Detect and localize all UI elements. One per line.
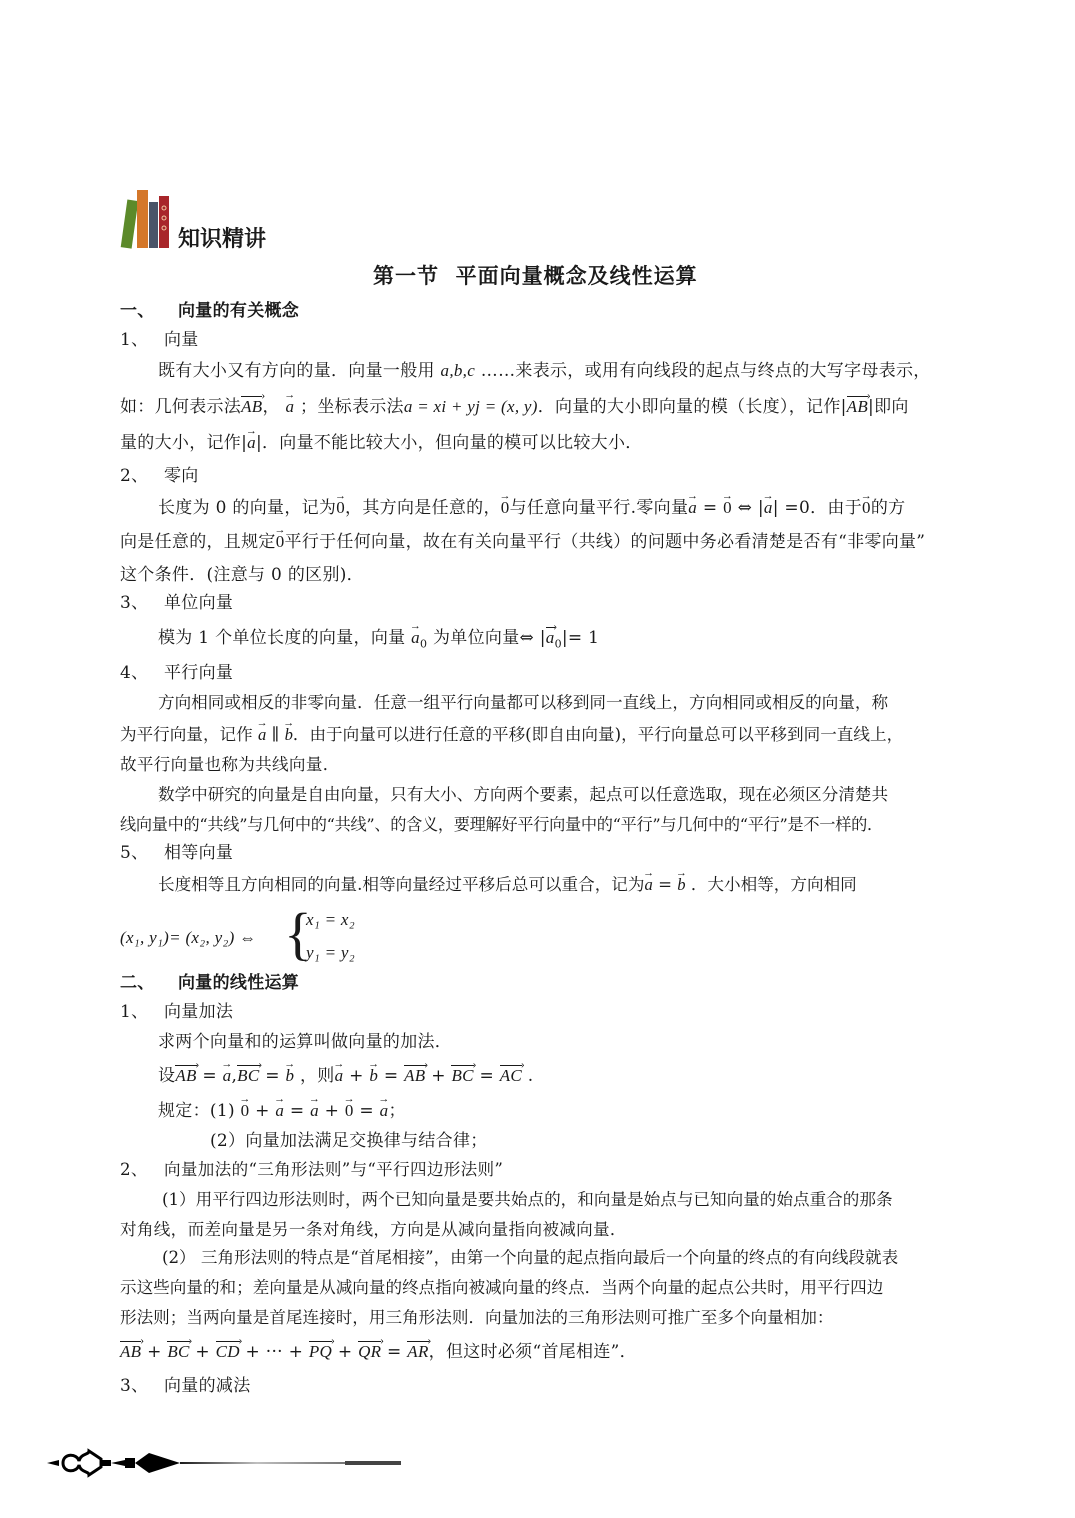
formula-line: AB + BC + CD + ··· + PQ + QR = AR，但这时必须“…	[120, 1340, 637, 1364]
banner-label: 知识精讲	[178, 222, 266, 253]
item-heading: 2、零向	[120, 464, 199, 488]
item-heading: 1、向量	[120, 328, 199, 352]
paragraph-line: 模为 1 个单位长度的向量，向量 a0 为单位向量⇔ |a0|= 1	[158, 626, 599, 656]
item-heading: 5、相等向量	[120, 841, 233, 865]
paragraph-line: 数学中研究的向量是自由向量，只有大小、方向两个要素，起点可以任意选取，现在必须区…	[158, 783, 888, 807]
paragraph-line: 这个条件．(注意与 0 的区别)．	[120, 563, 364, 587]
item-heading: 3、单位向量	[120, 591, 233, 615]
section-heading-2: 二、向量的线性运算	[120, 971, 299, 995]
rule-line: 规定：(1) 0 + a = a + 0 = a；	[158, 1099, 406, 1123]
decorative-divider-icon	[45, 1443, 415, 1483]
paragraph-line: 形法则；当两向量是首尾连接时，用三角形法则．向量加法的三角形法则可推广至多个向量…	[120, 1306, 834, 1330]
equation-line-1: x₁ = x₂	[306, 908, 355, 932]
equation-lhs: (x₁, y₁)= (x₂, y₂) ⇔	[120, 926, 256, 950]
formula-line: 设AB = a,BC = b ，则a + b = AB + BC = AC .	[158, 1064, 533, 1088]
paragraph-line: 求两个向量和的运算叫做向量的加法．	[158, 1030, 452, 1054]
item-heading: 2、向量加法的“三角形法则”与“平行四边形法则”	[120, 1158, 503, 1182]
paragraph-line: 量的大小，记作|a|．向量不能比较大小，但向量的模可以比较大小．	[120, 431, 643, 455]
paragraph-line: 如：几何表示法AB， a ；坐标表示法a = xi + yj = (x, y)．…	[120, 395, 909, 419]
paragraph-line: 示这些向量的和；差向量是从减向量的终点指向被减向量的终点．当两个向量的起点公共时…	[120, 1276, 883, 1300]
paragraph-line: 长度为 0 的向量，记为0，其方向是任意的，0与任意向量平行.零向量a = 0 …	[158, 496, 905, 520]
section-heading-1: 一、向量的有关概念	[120, 299, 299, 323]
item-heading: 3、向量的减法	[120, 1374, 251, 1398]
paragraph-line: 线向量中的“共线”与几何中的“共线”、的含义，要理解好平行向量中的“平行”与几何…	[120, 813, 883, 837]
item-heading: 1、向量加法	[120, 1000, 233, 1024]
rule-line: (2）向量加法满足交换律与结合律；	[210, 1129, 488, 1153]
paragraph-line: 既有大小又有方向的量．向量一般用 a,b,c ……来表示，或用有向线段的起点与终…	[158, 359, 931, 383]
paragraph-line: 为平行向量，记作 a ∥ b．由于向量可以进行任意的平移(即自由向量)，平行向量…	[120, 723, 903, 747]
paragraph-line: 故平行向量也称为共线向量．	[120, 753, 340, 777]
paragraph-line: (1）用平行四边形法则时，两个已知向量是要共始点的，和向量是始点与已知向量的始点…	[162, 1188, 893, 1212]
equation-line-2: y₁ = y₂	[306, 941, 355, 965]
banner: 知识精讲	[118, 186, 298, 252]
paragraph-line: 长度相等且方向相同的向量.相等向量经过平移后总可以重合，记为a = b ．大小相…	[158, 873, 857, 897]
item-heading: 4、平行向量	[120, 661, 233, 685]
page-title: 第一节 平面向量概念及线性运算	[373, 260, 698, 290]
paragraph-line: 向是任意的，且规定0平行于任何向量，故在有关向量平行（共线）的问题中务必看清楚是…	[120, 530, 925, 554]
paragraph-line: (2） 三角形法则的特点是“首尾相接”，由第一个向量的起点指向最后一个向量的终点…	[162, 1246, 898, 1270]
books-icon	[118, 186, 174, 250]
paragraph-line: 对角线，而差向量是另一条对角线，方向是从减向量指向被减向量．	[120, 1218, 627, 1242]
